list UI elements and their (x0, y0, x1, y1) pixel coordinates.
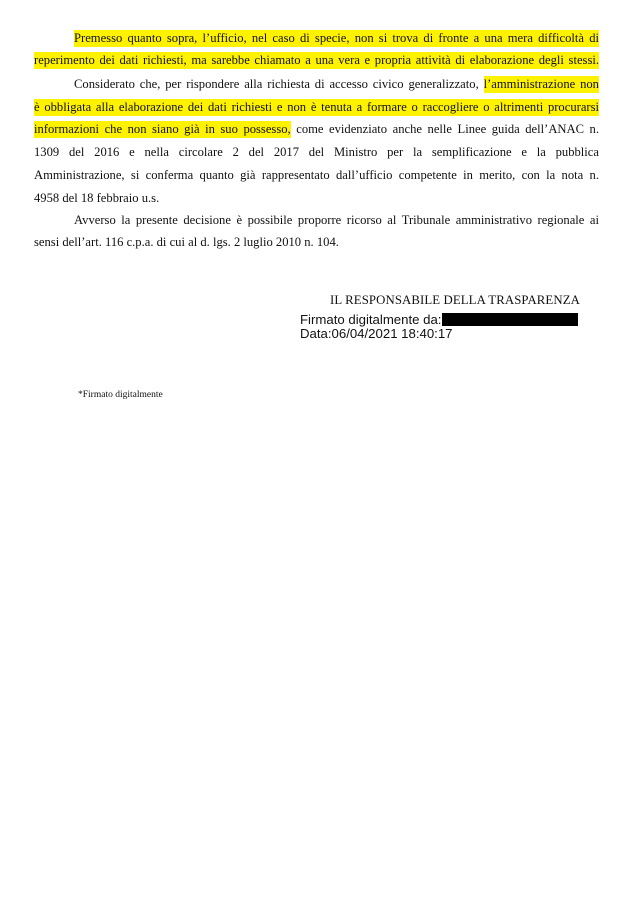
footnote: *Firmato digitalmente (78, 390, 163, 400)
signed-by-label: Firmato digitalmente da: (300, 312, 441, 327)
signed-by-line: Firmato digitalmente da: (300, 313, 578, 327)
body-text: 4958 del 18 febbraio u.s. (34, 191, 159, 205)
paragraph-1-line-1: Premesso quanto sopra, l’ufficio, nel ca… (74, 30, 599, 46)
paragraph-3-line-2: sensi dell’art. 116 c.p.a. di cui al d. … (34, 234, 599, 250)
body-text: come evidenziato anche nelle Linee guida… (291, 122, 599, 136)
body-text: Avverso la presente decisione è possibil… (74, 213, 599, 227)
highlighted-text: Premesso quanto sopra, l’ufficio, nel ca… (74, 30, 599, 47)
signature-date: Data:06/04/2021 18:40:17 (300, 327, 453, 341)
body-text: Considerato che, per rispondere alla ric… (74, 77, 484, 91)
paragraph-2-line-1: Considerato che, per rispondere alla ric… (74, 76, 599, 92)
body-text: 1309 del 2016 e nella circolare 2 del 20… (34, 145, 599, 159)
highlighted-text: informazioni che non siano già in suo po… (34, 121, 291, 138)
paragraph-1-line-2: reperimento dei dati richiesti, ma sareb… (34, 52, 599, 68)
highlighted-text: l’amministrazione non (484, 76, 599, 93)
body-text: Amministrazione, si conferma quanto già … (34, 168, 599, 182)
paragraph-3-line-1: Avverso la presente decisione è possibil… (74, 212, 599, 228)
redacted-signer-name (442, 313, 578, 326)
highlighted-text: reperimento dei dati richiesti, ma sareb… (34, 52, 599, 69)
paragraph-2-line-3: informazioni che non siano già in suo po… (34, 121, 599, 137)
paragraph-2-line-5: Amministrazione, si conferma quanto già … (34, 167, 599, 183)
paragraph-2-line-2: è obbligata alla elaborazione dei dati r… (34, 99, 599, 115)
signature-title: IL RESPONSABILE DELLA TRASPARENZA (320, 293, 590, 308)
highlighted-text: è obbligata alla elaborazione dei dati r… (34, 99, 599, 116)
paragraph-2-line-6: 4958 del 18 febbraio u.s. (34, 190, 599, 206)
paragraph-2-line-4: 1309 del 2016 e nella circolare 2 del 20… (34, 144, 599, 160)
body-text: sensi dell’art. 116 c.p.a. di cui al d. … (34, 235, 339, 249)
